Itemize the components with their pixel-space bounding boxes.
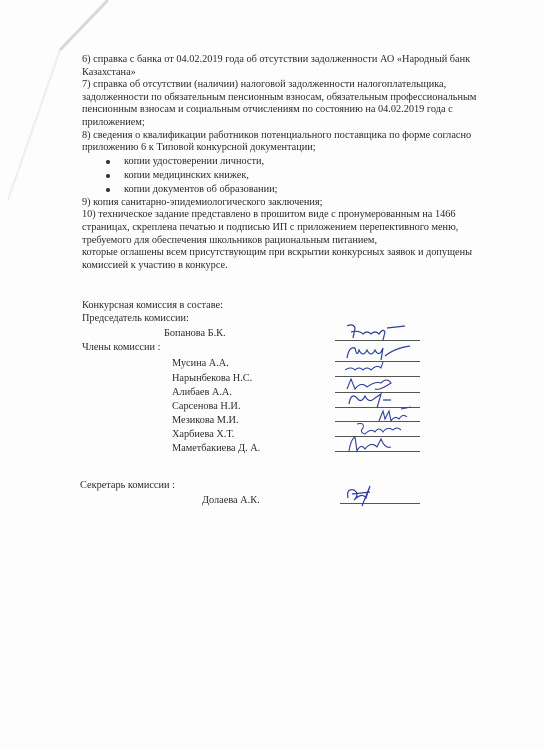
- signature-line: [335, 340, 420, 341]
- signature-chair: [335, 322, 420, 340]
- member-name: Алибаев А.А.: [172, 387, 232, 400]
- member-name: Харбиева Х.Т.: [172, 429, 234, 442]
- list-item: копии медицинских книжек,: [114, 169, 502, 183]
- commission-heading: Конкурсная комиссия в составе:: [82, 300, 223, 313]
- signature-member: [335, 435, 420, 453]
- member-name: Сарсенова Н.И.: [172, 401, 240, 414]
- item-7: 7) справка об отсутствии (наличии) налог…: [82, 79, 502, 129]
- list-item: копии удостоверении личности,: [114, 155, 502, 169]
- member-name: Мусина А.А.: [172, 358, 229, 371]
- secretary-name: Долаева А.К.: [202, 495, 260, 508]
- member-name: Маметбакиева Д. А.: [172, 443, 260, 456]
- chair-name: Бопанова Б.К.: [164, 328, 226, 341]
- item-10: 10) техническое задание представлено в п…: [82, 209, 502, 247]
- member-name: Нарынбекова Н.С.: [172, 373, 252, 386]
- list-item: копии документов об образовании;: [114, 183, 502, 197]
- document-body: 6) справка с банка от 04.02.2019 года об…: [82, 54, 502, 272]
- item-6: 6) справка с банка от 04.02.2019 года об…: [82, 54, 502, 79]
- item-9: 9) копия санитарно-эпидемиологического з…: [82, 197, 502, 210]
- secretary-label: Секретарь комиссии :: [80, 480, 175, 493]
- item-8: 8) сведения о квалификации работников по…: [82, 130, 502, 155]
- member-name: Мезикова М.И.: [172, 415, 239, 428]
- closing-statement: которые оглашены всем присутствующим при…: [82, 247, 502, 272]
- chair-label: Председатель комиссии:: [82, 313, 189, 326]
- scanned-document-page: 6) справка с банка от 04.02.2019 года об…: [0, 0, 545, 750]
- signature-secretary: [340, 484, 420, 506]
- qualification-list: копии удостоверении личности, копии меди…: [82, 155, 502, 197]
- members-label: Члены комиссии :: [82, 342, 160, 355]
